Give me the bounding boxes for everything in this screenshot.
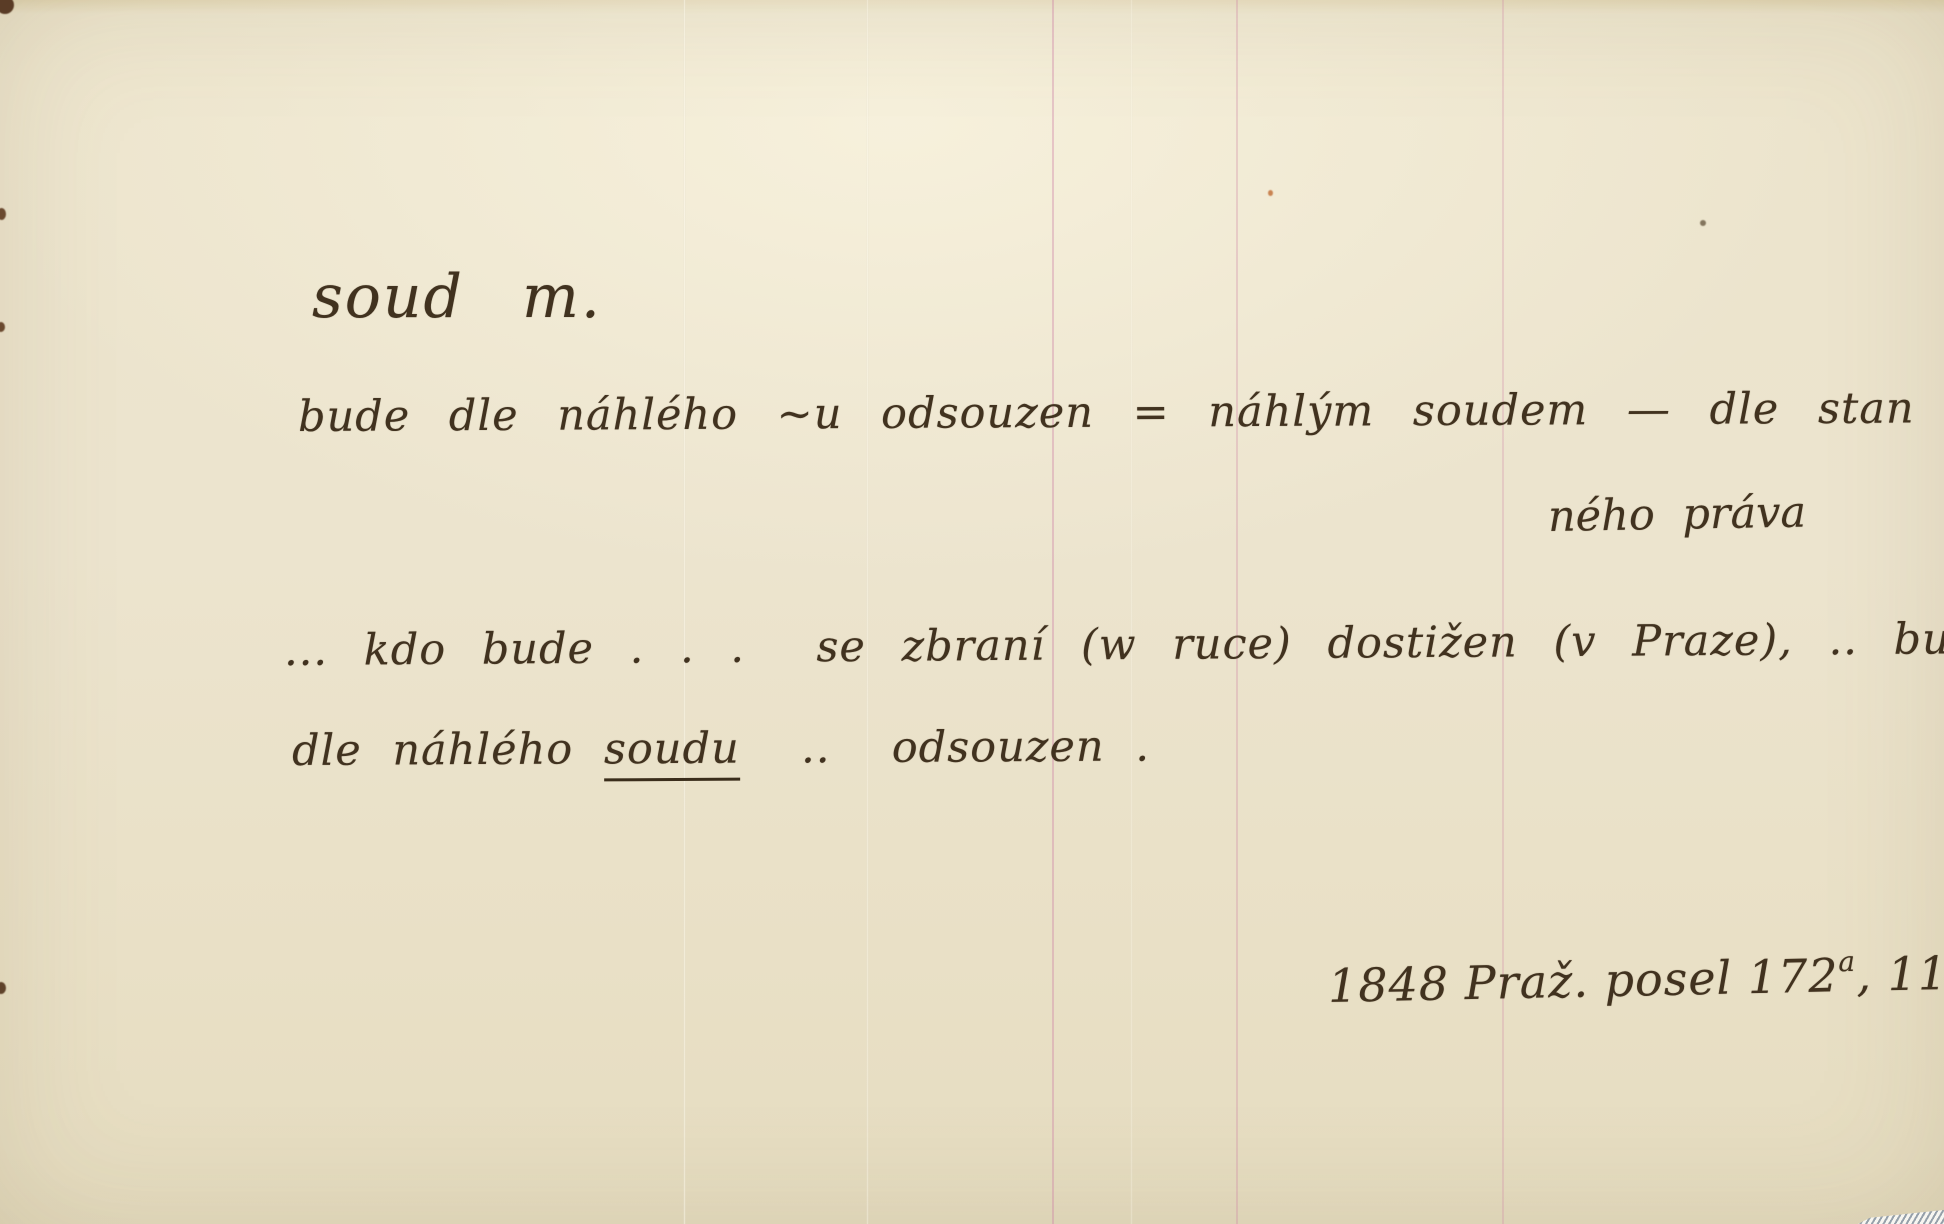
paper-crease xyxy=(683,0,686,1224)
ruled-line xyxy=(1052,0,1054,1224)
scanned-note-page: soudm. bude dle náhlého ~u odsouzen = ná… xyxy=(0,0,1944,1224)
citation-superscript: a xyxy=(1838,945,1856,978)
quotation-suffix: .. odsouzen . xyxy=(740,722,1150,774)
paper-crease xyxy=(1130,0,1133,1224)
quotation-line-2: dle náhlého soudu .. odsouzen . xyxy=(292,722,1150,776)
definition-carryover: ného práva xyxy=(1548,488,1807,542)
paper-speck xyxy=(0,0,14,14)
citation-source: 1848 Praž. posel 172 xyxy=(1327,948,1839,1013)
underlined-word: soudu xyxy=(604,724,740,782)
citation-suffix: , 11. xyxy=(1856,946,1944,1002)
definition-line: bude dle náhlého ~u odsouzen = náhlým so… xyxy=(298,383,1944,442)
paper-crease xyxy=(866,0,869,1224)
paper-speck xyxy=(0,208,6,220)
paper-speck xyxy=(1700,220,1706,226)
ruled-line xyxy=(1502,0,1504,1224)
quotation-line-1: ... kdo bude . . . se zbraní (w ruce) do… xyxy=(284,614,1944,676)
citation-line: 1848 Praž. posel 172a, 11. xyxy=(1327,943,1944,1013)
corner-hatch-mark xyxy=(1858,1210,1944,1224)
gender-label: m. xyxy=(522,262,602,332)
paper-speck xyxy=(1268,190,1273,196)
quotation-prefix: dle náhlého xyxy=(292,724,604,776)
headword-line: soudm. xyxy=(312,262,602,332)
headword: soud xyxy=(312,262,464,332)
paper-speck xyxy=(0,322,5,332)
ruled-line xyxy=(1236,0,1238,1224)
paper-speck xyxy=(0,982,6,994)
